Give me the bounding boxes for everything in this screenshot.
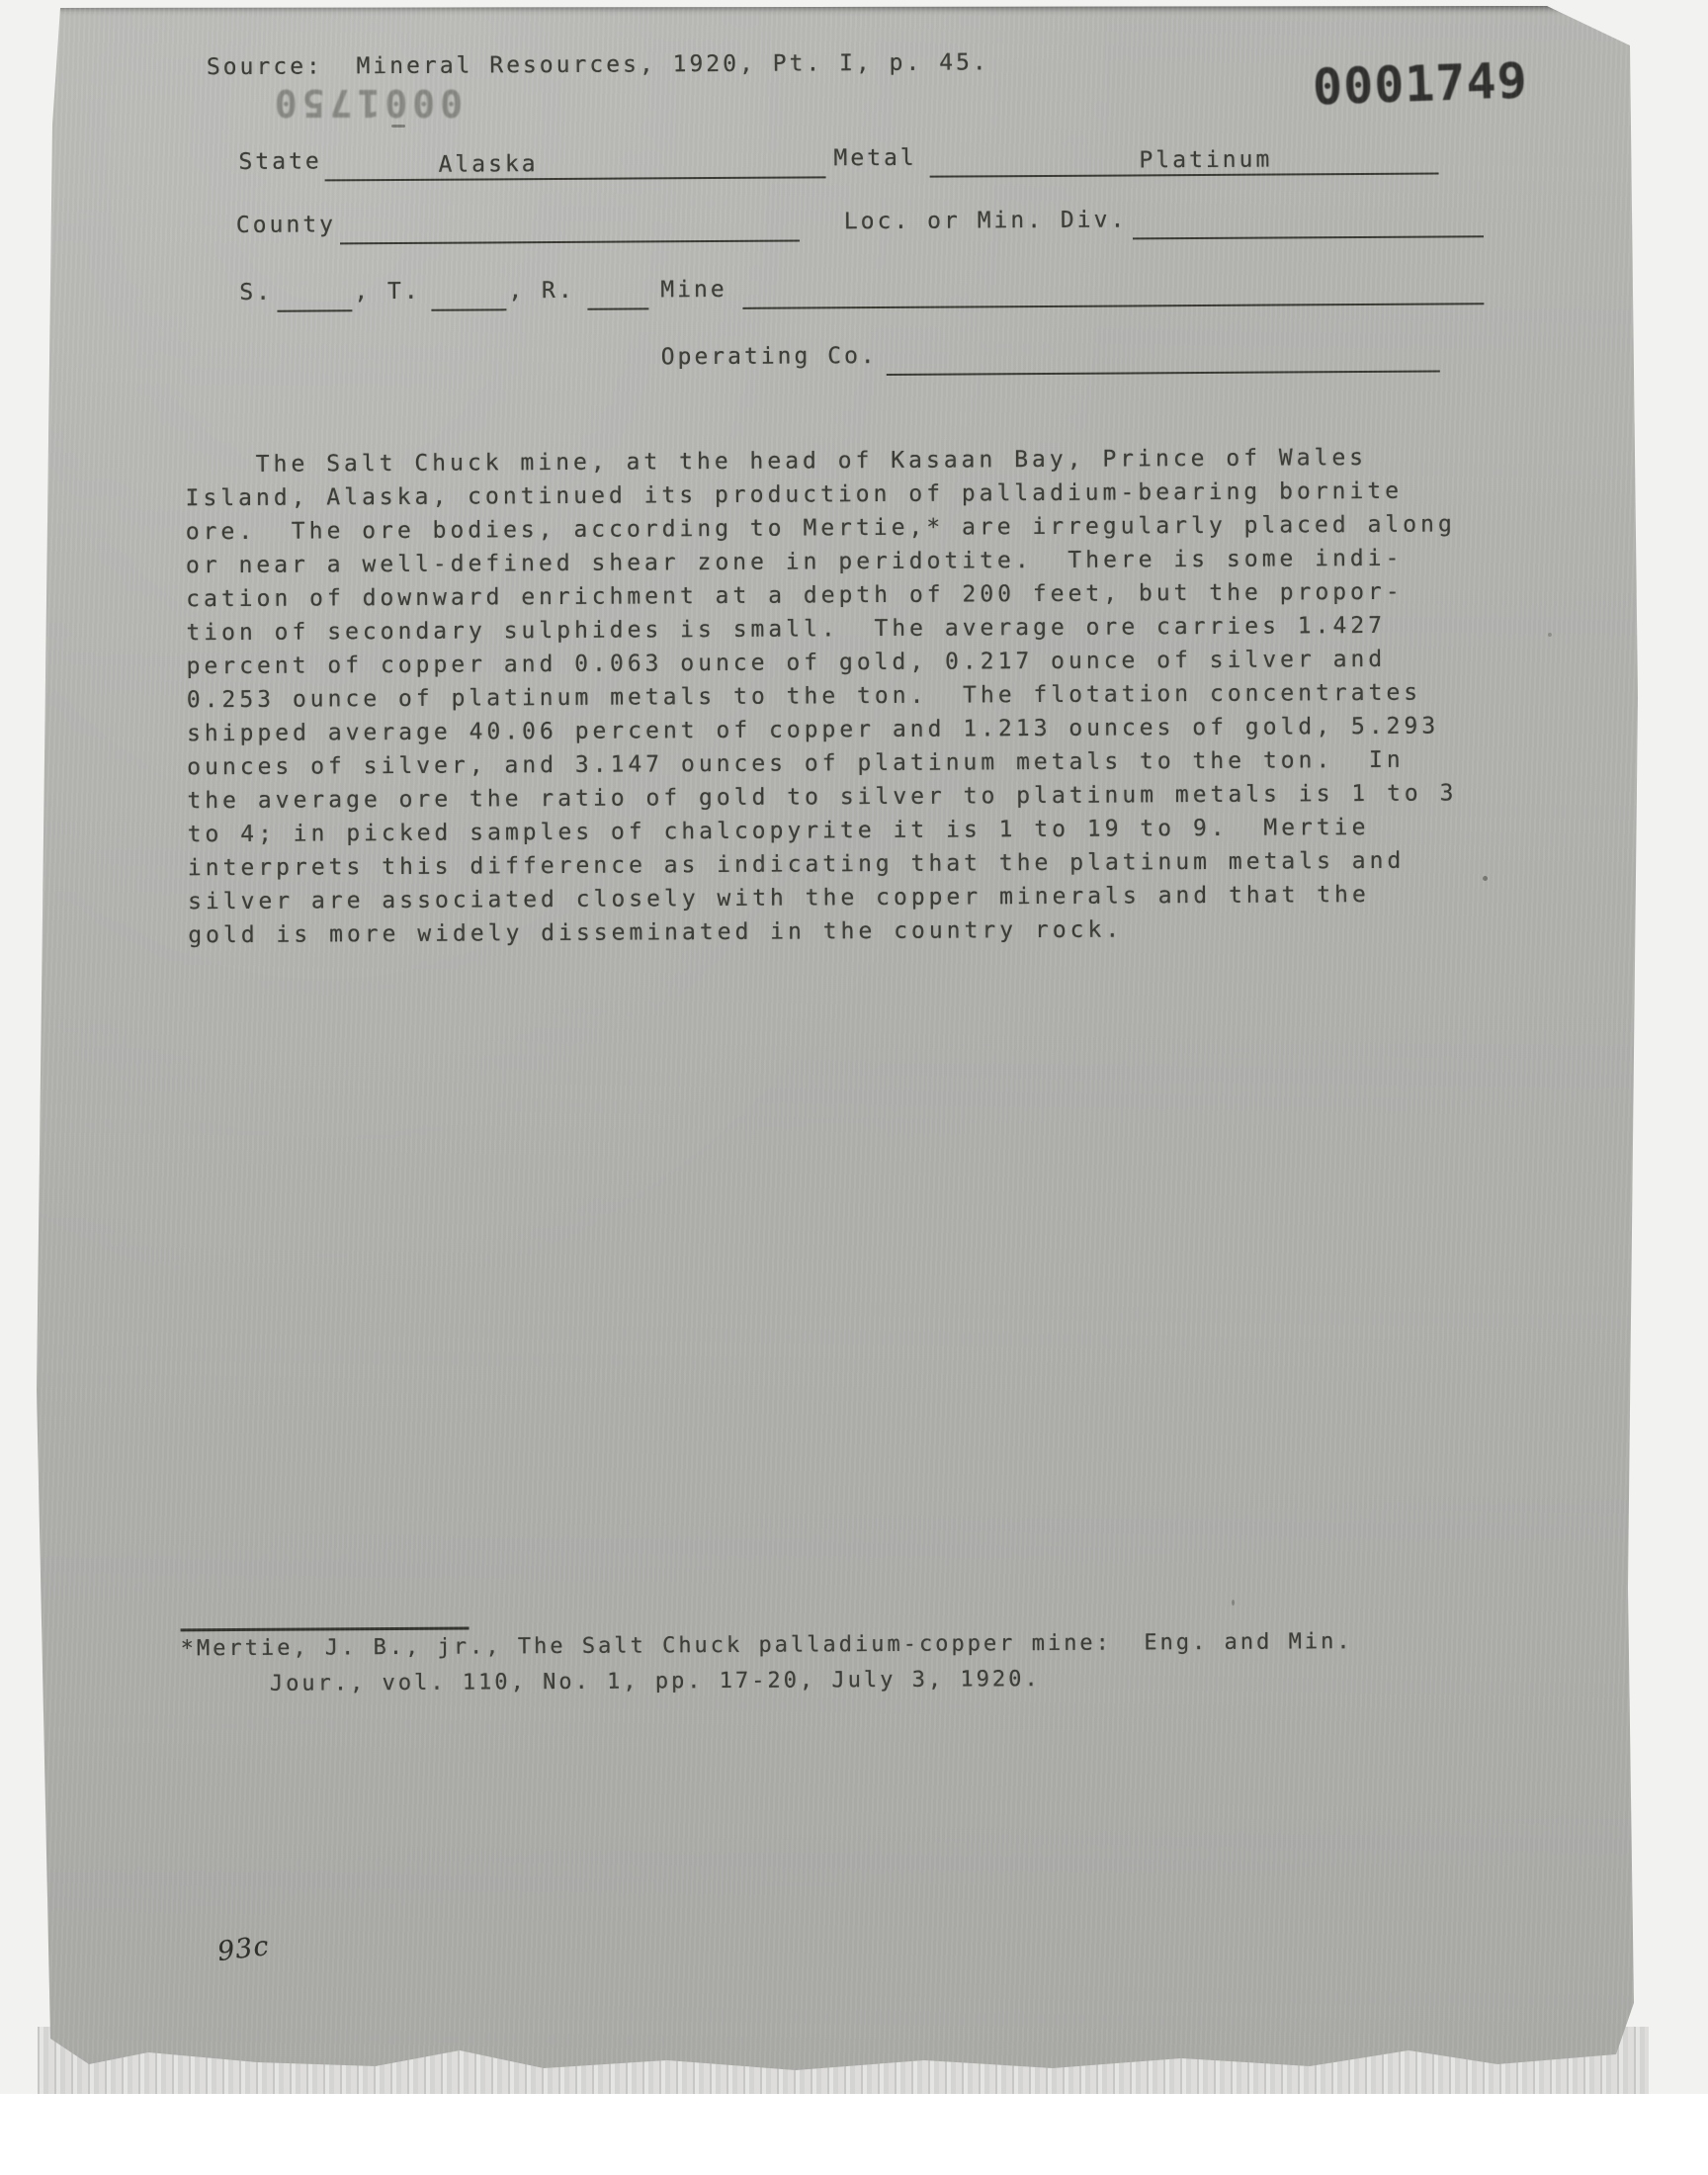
operating-co-label: Operating Co.: [661, 341, 878, 372]
mine-field: [742, 279, 1484, 309]
township-label: , T.: [354, 277, 421, 306]
mine-label: Mine: [660, 275, 727, 304]
footnote-line-2: Jour., vol. 110, No. 1, pp. 17-20, July …: [270, 1665, 1041, 1699]
metal-label: Metal: [833, 143, 916, 174]
range-field: [587, 284, 648, 309]
operating-co-field: [887, 347, 1440, 376]
source-line: Source: Mineral Resources, 1920, Pt. I, …: [207, 47, 989, 82]
section-label: S.: [239, 278, 273, 307]
record-card-paper: 0001749 0001750 93c Source: Mineral Reso…: [35, 6, 1644, 2076]
metal-field: Platinum: [929, 149, 1438, 178]
section-field: [277, 286, 352, 311]
state-field: Alaska: [324, 152, 825, 181]
state-value: Alaska: [324, 151, 538, 178]
loc-or-min-div-label: Loc. or Min. Div.: [844, 205, 1128, 236]
loc-or-min-div-field: [1133, 212, 1484, 239]
footnote-line-1: *Mertie, J. B., jr., The Salt Chuck pall…: [181, 1627, 1353, 1664]
county-label: County: [236, 210, 336, 240]
typed-content-layer: Source: Mineral Resources, 1920, Pt. I, …: [0, 0, 1708, 2175]
state-label: State: [238, 146, 321, 177]
scanner-background: [0, 2094, 1708, 2175]
metal-value: Platinum: [929, 147, 1272, 175]
footnote-separator-rule: [181, 1627, 470, 1632]
body-line: gold is more widely disseminated in the …: [188, 911, 1502, 952]
range-label: , R.: [508, 276, 575, 305]
scanned-document-page: { "page": { "stamp_number": "0001749", "…: [0, 0, 1708, 2175]
township-field: [431, 285, 506, 310]
body-paragraph: The Salt Chuck mine, at the head of Kasa…: [185, 440, 1502, 952]
county-field: [340, 216, 800, 244]
